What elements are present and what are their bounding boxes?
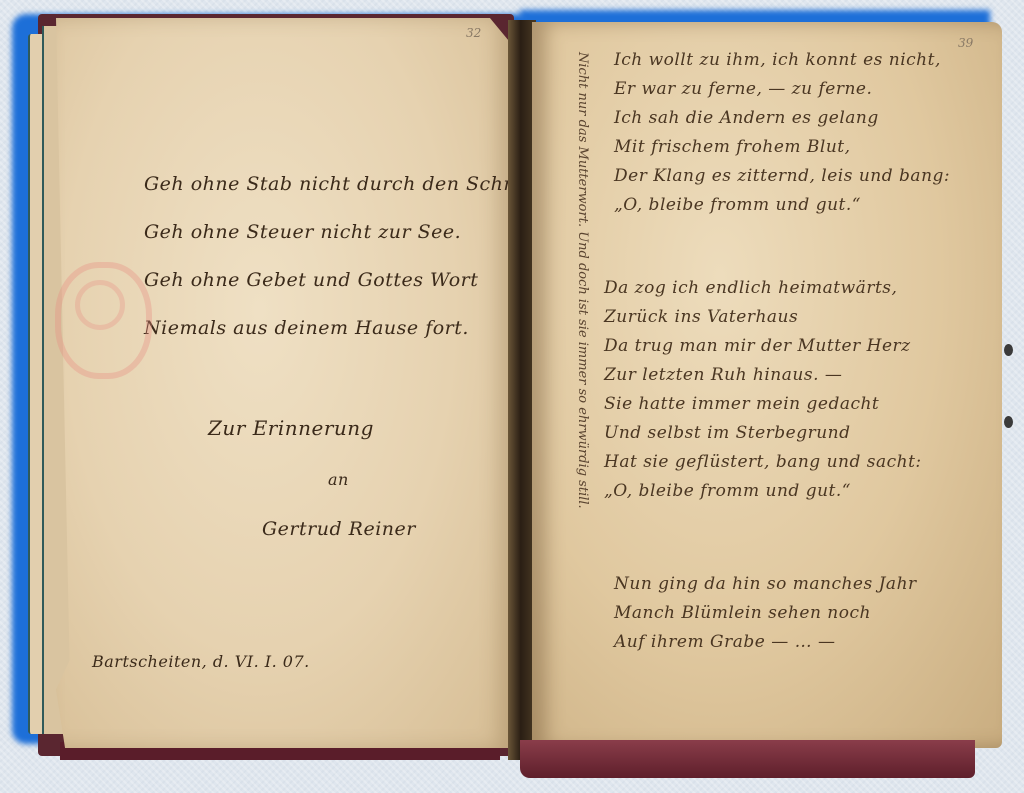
right-page: 39 Nicht nur das Mutterwort. Und doch is…	[532, 22, 1002, 748]
dedication-name: Gertrud Reiner	[262, 518, 416, 540]
verse-line: „O, bleibe fromm und gut.“	[614, 191, 950, 220]
verse-line: Geh ohne Gebet und Gottes Wort	[144, 256, 546, 304]
verse-line: „O, bleibe fromm und gut.“	[604, 477, 922, 506]
verse-line: Da trug man mir der Mutter Herz	[604, 332, 922, 361]
right-page-number: 39	[958, 36, 973, 50]
stanza-1: Ich wollt zu ihm, ich konnt es nicht, Er…	[614, 46, 950, 220]
verse-line: Ich wollt zu ihm, ich konnt es nicht,	[614, 46, 950, 75]
verse-line: Und selbst im Sterbegrund	[604, 419, 922, 448]
dedication-heading: Zur Erinnerung	[208, 416, 374, 440]
verse-line: Zur letzten Ruh hinaus. —	[604, 361, 922, 390]
verse-line: Sie hatte immer mein gedacht	[604, 390, 922, 419]
clasp-top	[1004, 344, 1013, 356]
verse-line: Nun ging da hin so manches Jahr	[614, 570, 917, 599]
verse-line: Geh ohne Stab nicht durch den Schnee,	[144, 160, 546, 208]
verse-line: Niemals aus deinem Hause fort.	[144, 304, 546, 352]
place-date: Bartscheiten, d. VI. I. 07.	[92, 652, 310, 671]
verse-line: Manch Blümlein sehen noch	[614, 599, 917, 628]
verse-line: Mit frischem frohem Blut,	[614, 133, 950, 162]
margin-note: Nicht nur das Mutterwort. Und doch ist s…	[575, 52, 590, 509]
verse-line: Zurück ins Vaterhaus	[604, 303, 922, 332]
verse-line: Geh ohne Steuer nicht zur See.	[144, 208, 546, 256]
left-page-number: 32	[466, 26, 481, 40]
verse-line: Ich sah die Andern es gelang	[614, 104, 950, 133]
dedication-an: an	[328, 470, 349, 489]
verse-line: Auf ihrem Grabe — … —	[614, 628, 917, 657]
stanza-3: Nun ging da hin so manches Jahr Manch Bl…	[614, 570, 917, 657]
pink-stamp-stain-inner	[75, 280, 125, 330]
verse-line: Hat sie geflüstert, bang und sacht:	[604, 448, 922, 477]
right-cover-bottom-velvet	[520, 740, 975, 778]
verse-line: Da zog ich endlich heimatwärts,	[604, 274, 922, 303]
stanza-2: Da zog ich endlich heimatwärts, Zurück i…	[604, 274, 922, 506]
left-page: 32 Geh ohne Stab nicht durch den Schnee,…	[56, 18, 508, 748]
clasp-bottom	[1004, 416, 1013, 428]
left-verse: Geh ohne Stab nicht durch den Schnee, Ge…	[144, 160, 546, 352]
verse-line: Er war zu ferne, — zu ferne.	[614, 75, 950, 104]
verse-line: Der Klang es zitternd, leis und bang:	[614, 162, 950, 191]
